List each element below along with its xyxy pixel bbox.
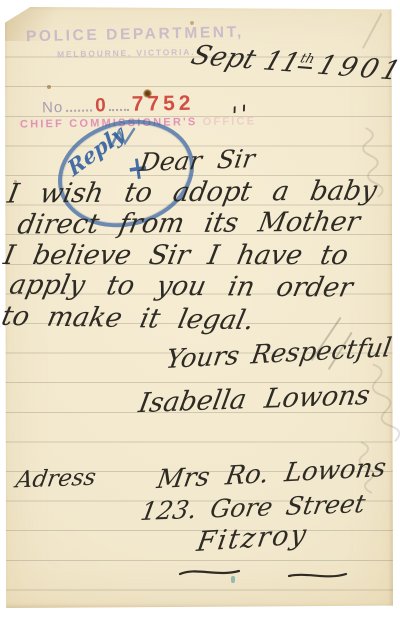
signature: Isabella Lowons [137,382,372,417]
registration-no-label: No [42,99,63,116]
registration-number-line: No 0 7752 [42,92,195,119]
body-line-5: to make it legal. [0,303,256,334]
address-suburb: Fitzroy [195,521,310,556]
body-line-4: apply to you in order [7,272,355,302]
ditto-marks: '' [231,101,251,129]
address-label: Adress [14,467,97,493]
body-line-2: direct from its Mother [16,208,363,238]
scanned-letter-page: POLICE DEPARTMENT, MELBOURNE, VICTORIA. … [0,0,400,618]
foxing-spot [190,21,194,25]
registration-prefix: 0 [95,95,106,117]
body-line-1: I wish to adopt a baby [6,177,379,207]
foxing-spot [143,89,152,98]
salutation: Dear Sir [138,146,257,175]
date-month: Sept [187,40,260,75]
registration-number: 7752 [132,92,195,117]
foxing-spot [47,85,51,89]
date-year: 1901 [313,50,400,87]
address-street: 123. Gore Street [139,491,367,524]
ink-speck [231,576,235,583]
foxing-spot [14,180,17,183]
body-line-3: I believe Sir I have to [1,242,350,269]
blue-scribble-mark [108,126,142,150]
date-day: 11 [260,46,304,79]
dotted-leader [66,108,92,111]
dotted-leader [109,108,129,111]
signature-flourish [287,569,349,583]
